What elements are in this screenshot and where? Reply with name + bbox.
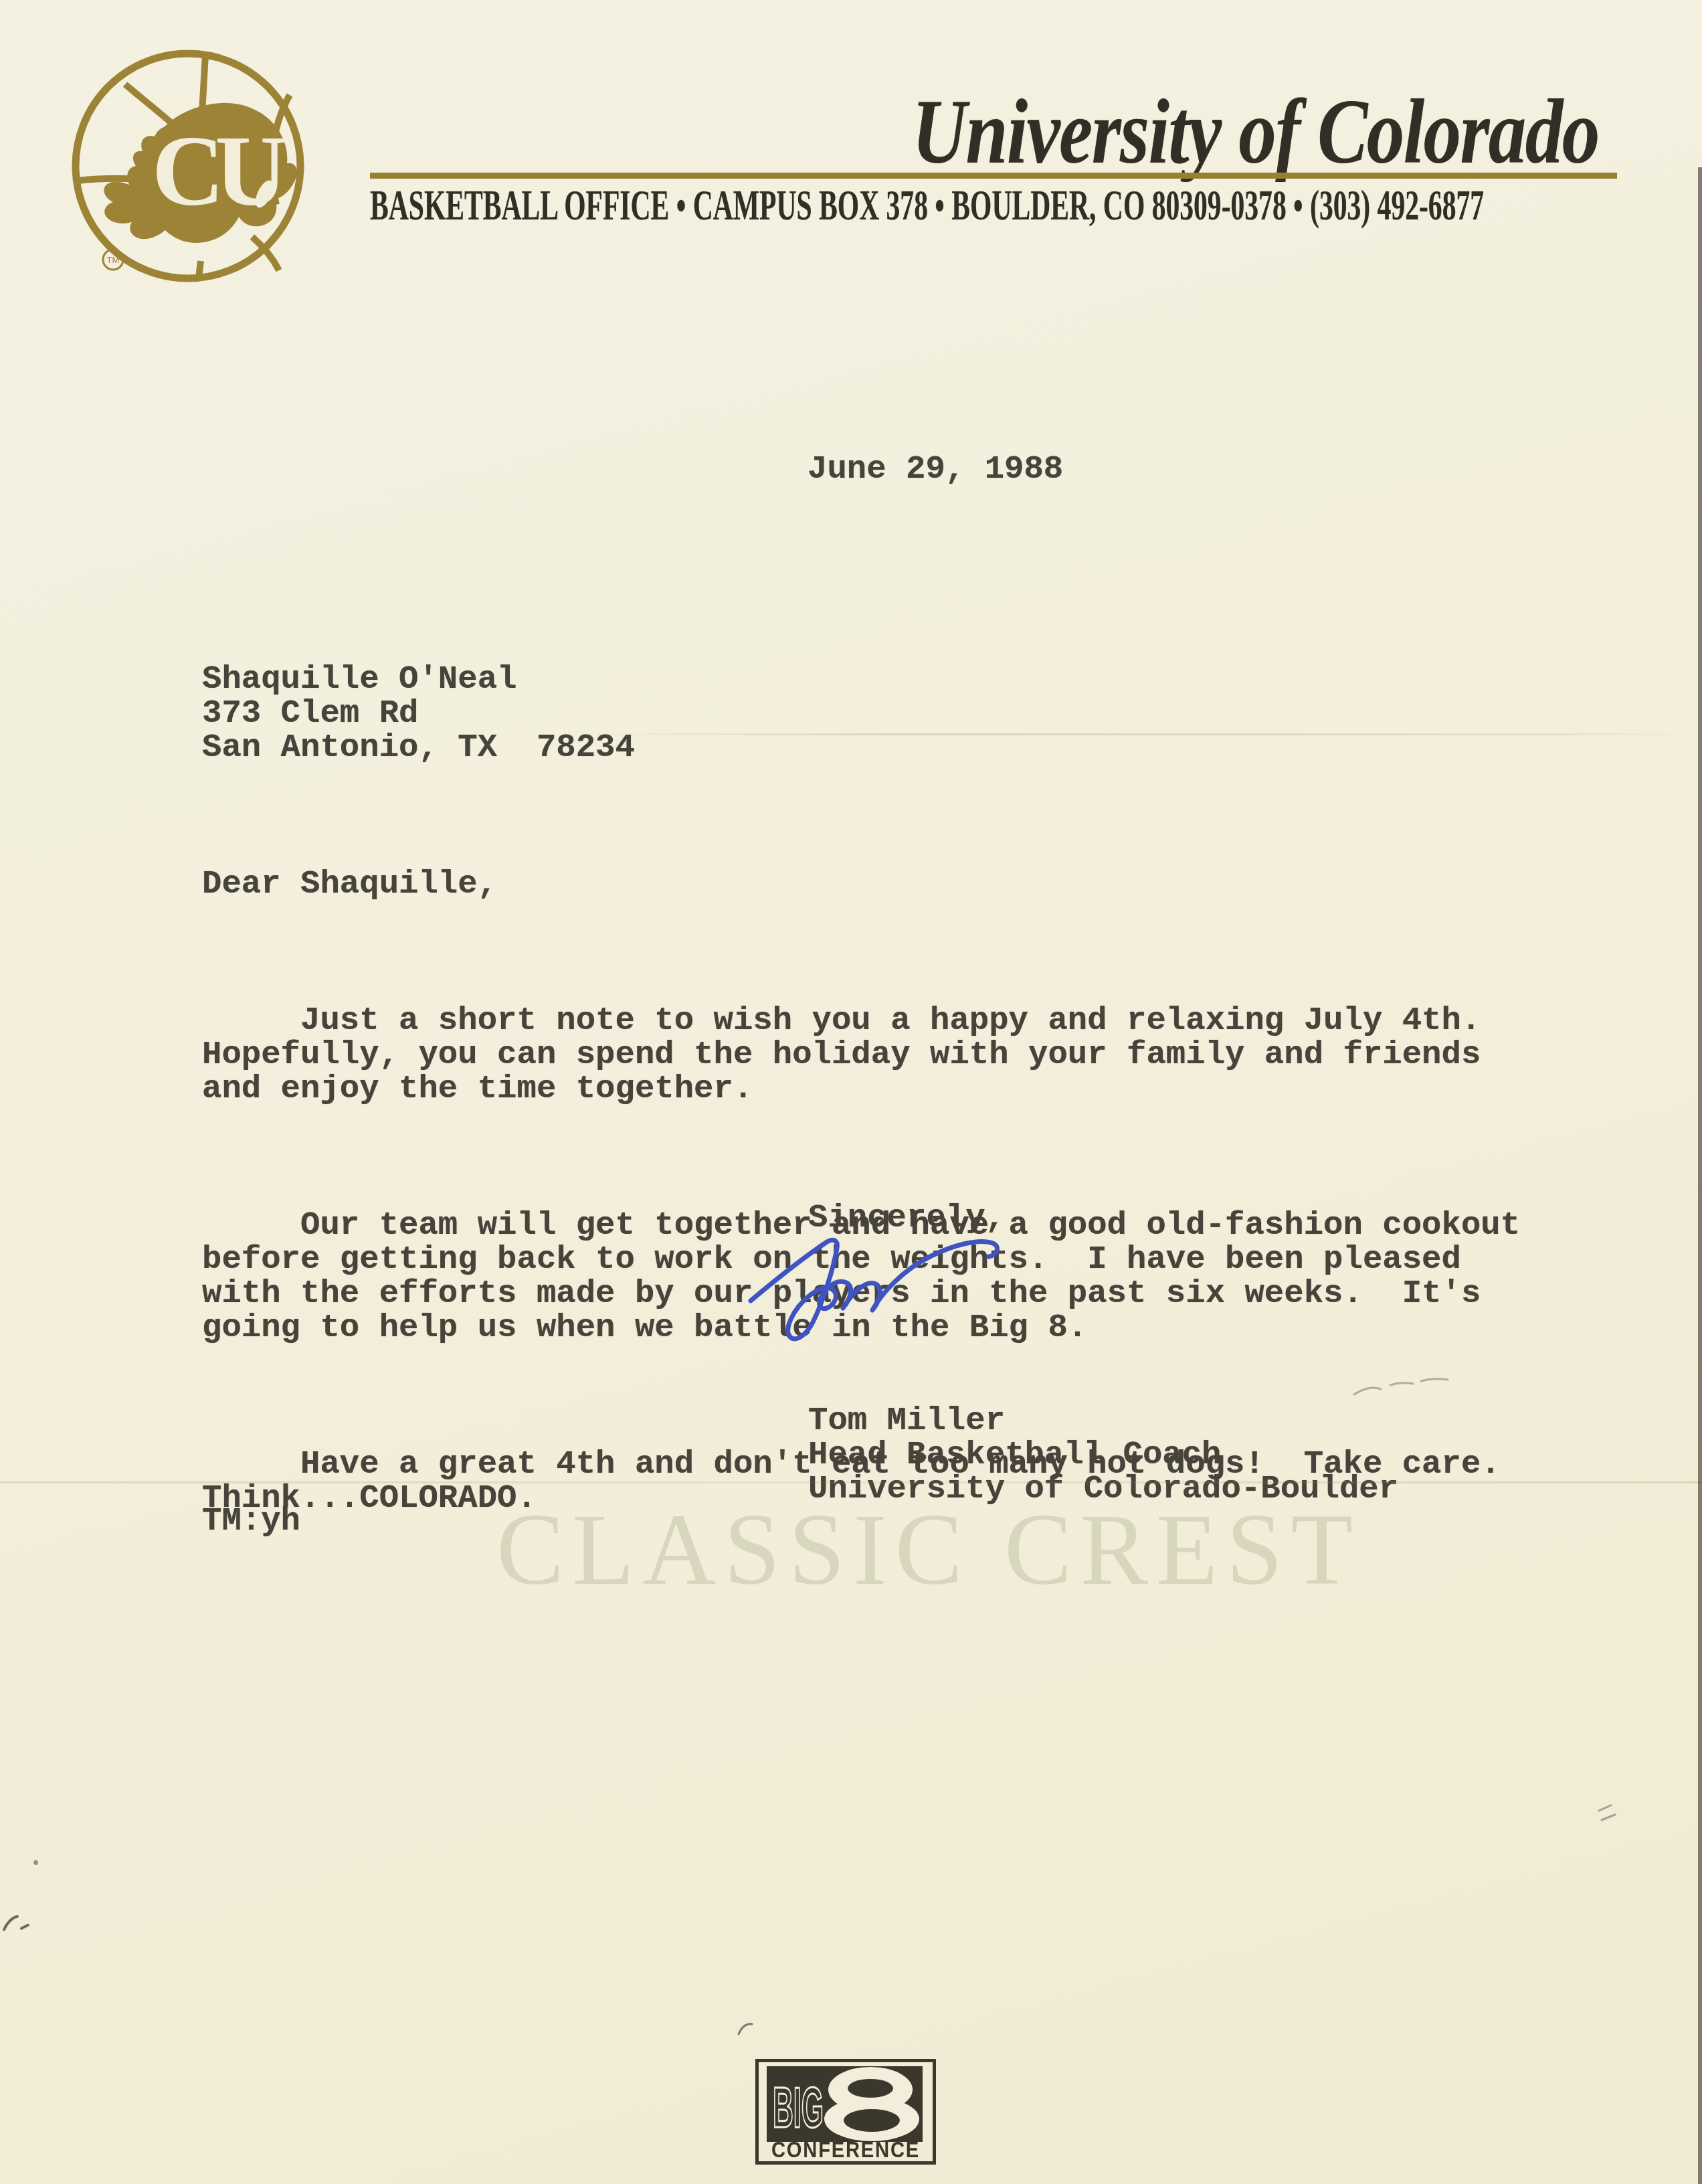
salutation: Dear Shaquille, bbox=[202, 867, 1520, 901]
reference-initials: TM:yh bbox=[202, 1504, 300, 1538]
paper-crease bbox=[569, 733, 1702, 735]
paper-crease bbox=[0, 1481, 1702, 1483]
edge-pen-mark bbox=[1592, 1791, 1632, 1831]
scan-edge-shadow bbox=[1698, 167, 1702, 2184]
big8-top-word: BIG bbox=[773, 2076, 824, 2140]
header-office-line: BASKETBALL OFFICE • CAMPUS BOX 378 • BOU… bbox=[370, 182, 1484, 229]
signer-lines: Tom MillerHead Basketball CoachUniversit… bbox=[808, 1404, 1398, 1506]
paper-watermark: CLASSIC CREST bbox=[496, 1499, 1361, 1601]
small-tick-mark bbox=[735, 2019, 761, 2039]
text-line: Tom Miller bbox=[808, 1404, 1398, 1438]
letter-page: CU TM University of Colorado BASKETBALL … bbox=[0, 0, 1702, 2184]
text-line: Shaquille O'Neal bbox=[202, 662, 1520, 697]
paragraph-1: Just a short note to wish you a happy an… bbox=[202, 1004, 1520, 1106]
corner-pen-mark bbox=[0, 1911, 40, 1938]
closing: Sincerely, bbox=[808, 1201, 1005, 1235]
header-rule bbox=[370, 173, 1617, 179]
text-line: Just a short note to wish you a happy an… bbox=[202, 1004, 1520, 1038]
recipient-address: Shaquille O'Neal373 Clem RdSan Antonio, … bbox=[202, 662, 1520, 765]
pencil-mark bbox=[1351, 1365, 1458, 1412]
cu-buffalo-logo: CU TM bbox=[64, 39, 311, 293]
text-line: Hopefully, you can spend the holiday wit… bbox=[202, 1038, 1520, 1072]
big8-conference-logo: BIG CONFERENCE bbox=[753, 2056, 940, 2169]
text-line: 373 Clem Rd bbox=[202, 697, 1520, 731]
big8-bottom-word: CONFERENCE bbox=[771, 2137, 920, 2162]
basketball-seam bbox=[199, 261, 201, 278]
text-line: and enjoy the time together. bbox=[202, 1072, 1520, 1106]
trademark-text: TM bbox=[107, 255, 120, 265]
letter-date: June 29, 1988 bbox=[808, 452, 1063, 486]
text-line: Head Basketball Coach bbox=[808, 1438, 1398, 1472]
text-line: San Antonio, TX 78234 bbox=[202, 731, 1520, 765]
paper-speck bbox=[33, 1860, 38, 1865]
logo-monogram: CU bbox=[152, 116, 285, 227]
page-title: University of Colorado bbox=[913, 86, 1599, 178]
big8-numeral-eight bbox=[824, 2067, 919, 2141]
